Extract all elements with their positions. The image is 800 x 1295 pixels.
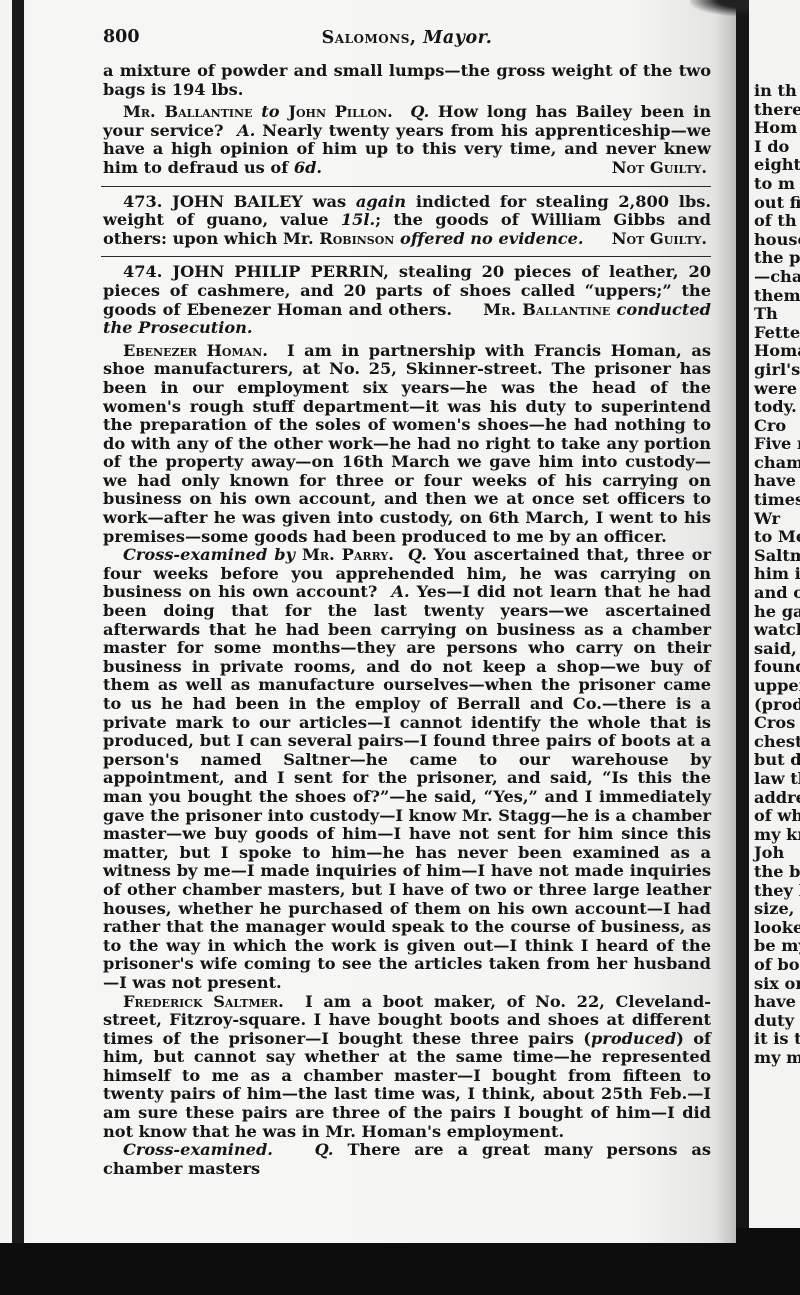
adjacent-page-line: be my [754, 937, 800, 956]
case-474: 474. JOHN PHILIP PERRIN, stealing 20 pie… [103, 263, 711, 337]
case-number: 474. [123, 262, 162, 281]
running-title-role: Mayor. [423, 28, 492, 48]
examiner: Mr. Parry. [302, 545, 394, 564]
adjacent-page-line: of boot [754, 956, 800, 975]
adjacent-page-line: them [754, 287, 800, 306]
adjacent-page-line: six or s [754, 975, 800, 994]
adjacent-page-line: said, “ [754, 640, 800, 659]
scan-background-corner [736, 1228, 800, 1248]
q-label: Q. [408, 545, 427, 564]
testimony-homan: Ebenezer Homan. I am in partnership with… [103, 342, 711, 547]
running-title-name: Salomons, [322, 28, 417, 48]
adjacent-page-line: Wr [754, 510, 800, 529]
adjacent-page-line: —cha [754, 268, 800, 287]
verdict: Not Guilty. [612, 159, 711, 178]
adjacent-page-line: but dic [754, 751, 800, 770]
adjacent-page-line: law the [754, 770, 800, 789]
main-text-column: 800 Salomons, Mayor. a mixture of powder… [103, 28, 711, 1178]
case-text: was [313, 192, 347, 211]
adjacent-page-line: in th [754, 82, 800, 101]
italic-note: produced [591, 1029, 676, 1048]
adjacent-page-line: there [754, 101, 800, 120]
adjacent-page-line: upper [754, 677, 800, 696]
continuation-paragraph: a mixture of powder and small lumps—the … [103, 62, 711, 99]
witness-name: Frederick Saltmer. [123, 992, 284, 1011]
adjacent-page-line: and ot [754, 584, 800, 603]
section-rule [101, 186, 711, 187]
adjacent-page-line: out fi [754, 194, 800, 213]
adjacent-page-line: size, a [754, 900, 800, 919]
adjacent-page-line: the p [754, 249, 800, 268]
case-italic: again [356, 192, 406, 211]
book-gutter [736, 0, 749, 1260]
section-rule [101, 256, 711, 257]
adjacent-page-line: my kno [754, 826, 800, 845]
adjacent-page-line: him in [754, 565, 800, 584]
adjacent-page-line: house [754, 231, 800, 250]
counsel: Robinson [319, 229, 394, 248]
adjacent-page-line: my mas [754, 1049, 800, 1068]
case-value: 15l. [341, 210, 375, 229]
connector: to [261, 102, 279, 121]
book-edge-shadow [12, 0, 24, 1295]
adjacent-page-line: chamb [754, 454, 800, 473]
scan-background [0, 1243, 800, 1295]
adjacent-page-line: were [754, 380, 800, 399]
adjacent-page-line: Saltme [754, 547, 800, 566]
adjacent-page-line: they ha [754, 882, 800, 901]
cross-label: Cross-examined by [123, 545, 295, 564]
adjacent-page-line: have s [754, 472, 800, 491]
adjacent-page-line: Cro [754, 417, 800, 436]
adjacent-page-line: looked [754, 919, 800, 938]
adjacent-page-line: Five r [754, 435, 800, 454]
adjacent-page-line: he gav [754, 603, 800, 622]
adjacent-page-line: address [754, 789, 800, 808]
adjacent-page-line: eight [754, 156, 800, 175]
witness-name: John Pillon. [288, 102, 393, 121]
a-label: A. [391, 582, 409, 601]
adjacent-page-line: cheste [754, 733, 800, 752]
q-label: Q. [410, 102, 429, 121]
adjacent-page-line: Homa [754, 342, 800, 361]
adjacent-page-line: I do [754, 138, 800, 157]
defendant: JOHN PHILIP PERRIN, [172, 262, 388, 281]
case-outcome: offered no evidence. [400, 229, 584, 248]
adjacent-page-line: times [754, 491, 800, 510]
adjacent-page-line: have n [754, 993, 800, 1012]
adjacent-page-line: Fette [754, 324, 800, 343]
adjacent-page-line: duty to [754, 1012, 800, 1031]
q-label: Q. [315, 1140, 334, 1159]
adjacent-page-line: found [754, 658, 800, 677]
adjacent-page-line: (produ [754, 696, 800, 715]
adjacent-page-line: Th [754, 305, 800, 324]
a-label: A. [237, 121, 255, 140]
counsel: Mr. Ballantine [483, 300, 610, 319]
testimony-text: Yes—I did not learn that he had been doi… [103, 582, 711, 991]
running-head: 800 Salomons, Mayor. [103, 28, 711, 50]
adjacent-page-text: in ththereHomI doeightto mout fiof thhou… [754, 82, 800, 1067]
verdict: Not Guilty. [612, 230, 711, 249]
adjacent-page-line: the bo [754, 863, 800, 882]
running-title: Salomons, Mayor. [103, 29, 711, 48]
adjacent-page-line: tody. [754, 398, 800, 417]
adjacent-page-line: Cros [754, 714, 800, 733]
adjacent-page-line: of wha [754, 807, 800, 826]
cross-examination-parry: Cross-examined by Mr. Parry. Q. You asce… [103, 546, 711, 992]
adjacent-page-line: watche [754, 621, 800, 640]
case-number: 473. [123, 192, 162, 211]
cross-label: Cross-examined. [123, 1140, 273, 1159]
adjacent-page-line: of th [754, 212, 800, 231]
adjacent-page-line: to m [754, 175, 800, 194]
amount: 6d. [294, 158, 322, 177]
testimony-saltmer: Frederick Saltmer. I am a boot maker, of… [103, 993, 711, 1142]
adjacent-page-line: Joh [754, 844, 800, 863]
testimony-text: I am in partnership with Francis Homan, … [103, 341, 711, 546]
adjacent-page-line: Hom [754, 119, 800, 138]
speaker: Mr. Ballantine [123, 102, 253, 121]
witness-name: Ebenezer Homan. [123, 341, 268, 360]
cross-examination-saltmer: Cross-examined. Q. There are a great man… [103, 1141, 711, 1178]
defendant: JOHN BAILEY [172, 192, 303, 211]
adjacent-page-line: girl's [754, 361, 800, 380]
adjacent-page-line: it is tu [754, 1030, 800, 1049]
adjacent-page-line: to Me [754, 528, 800, 547]
